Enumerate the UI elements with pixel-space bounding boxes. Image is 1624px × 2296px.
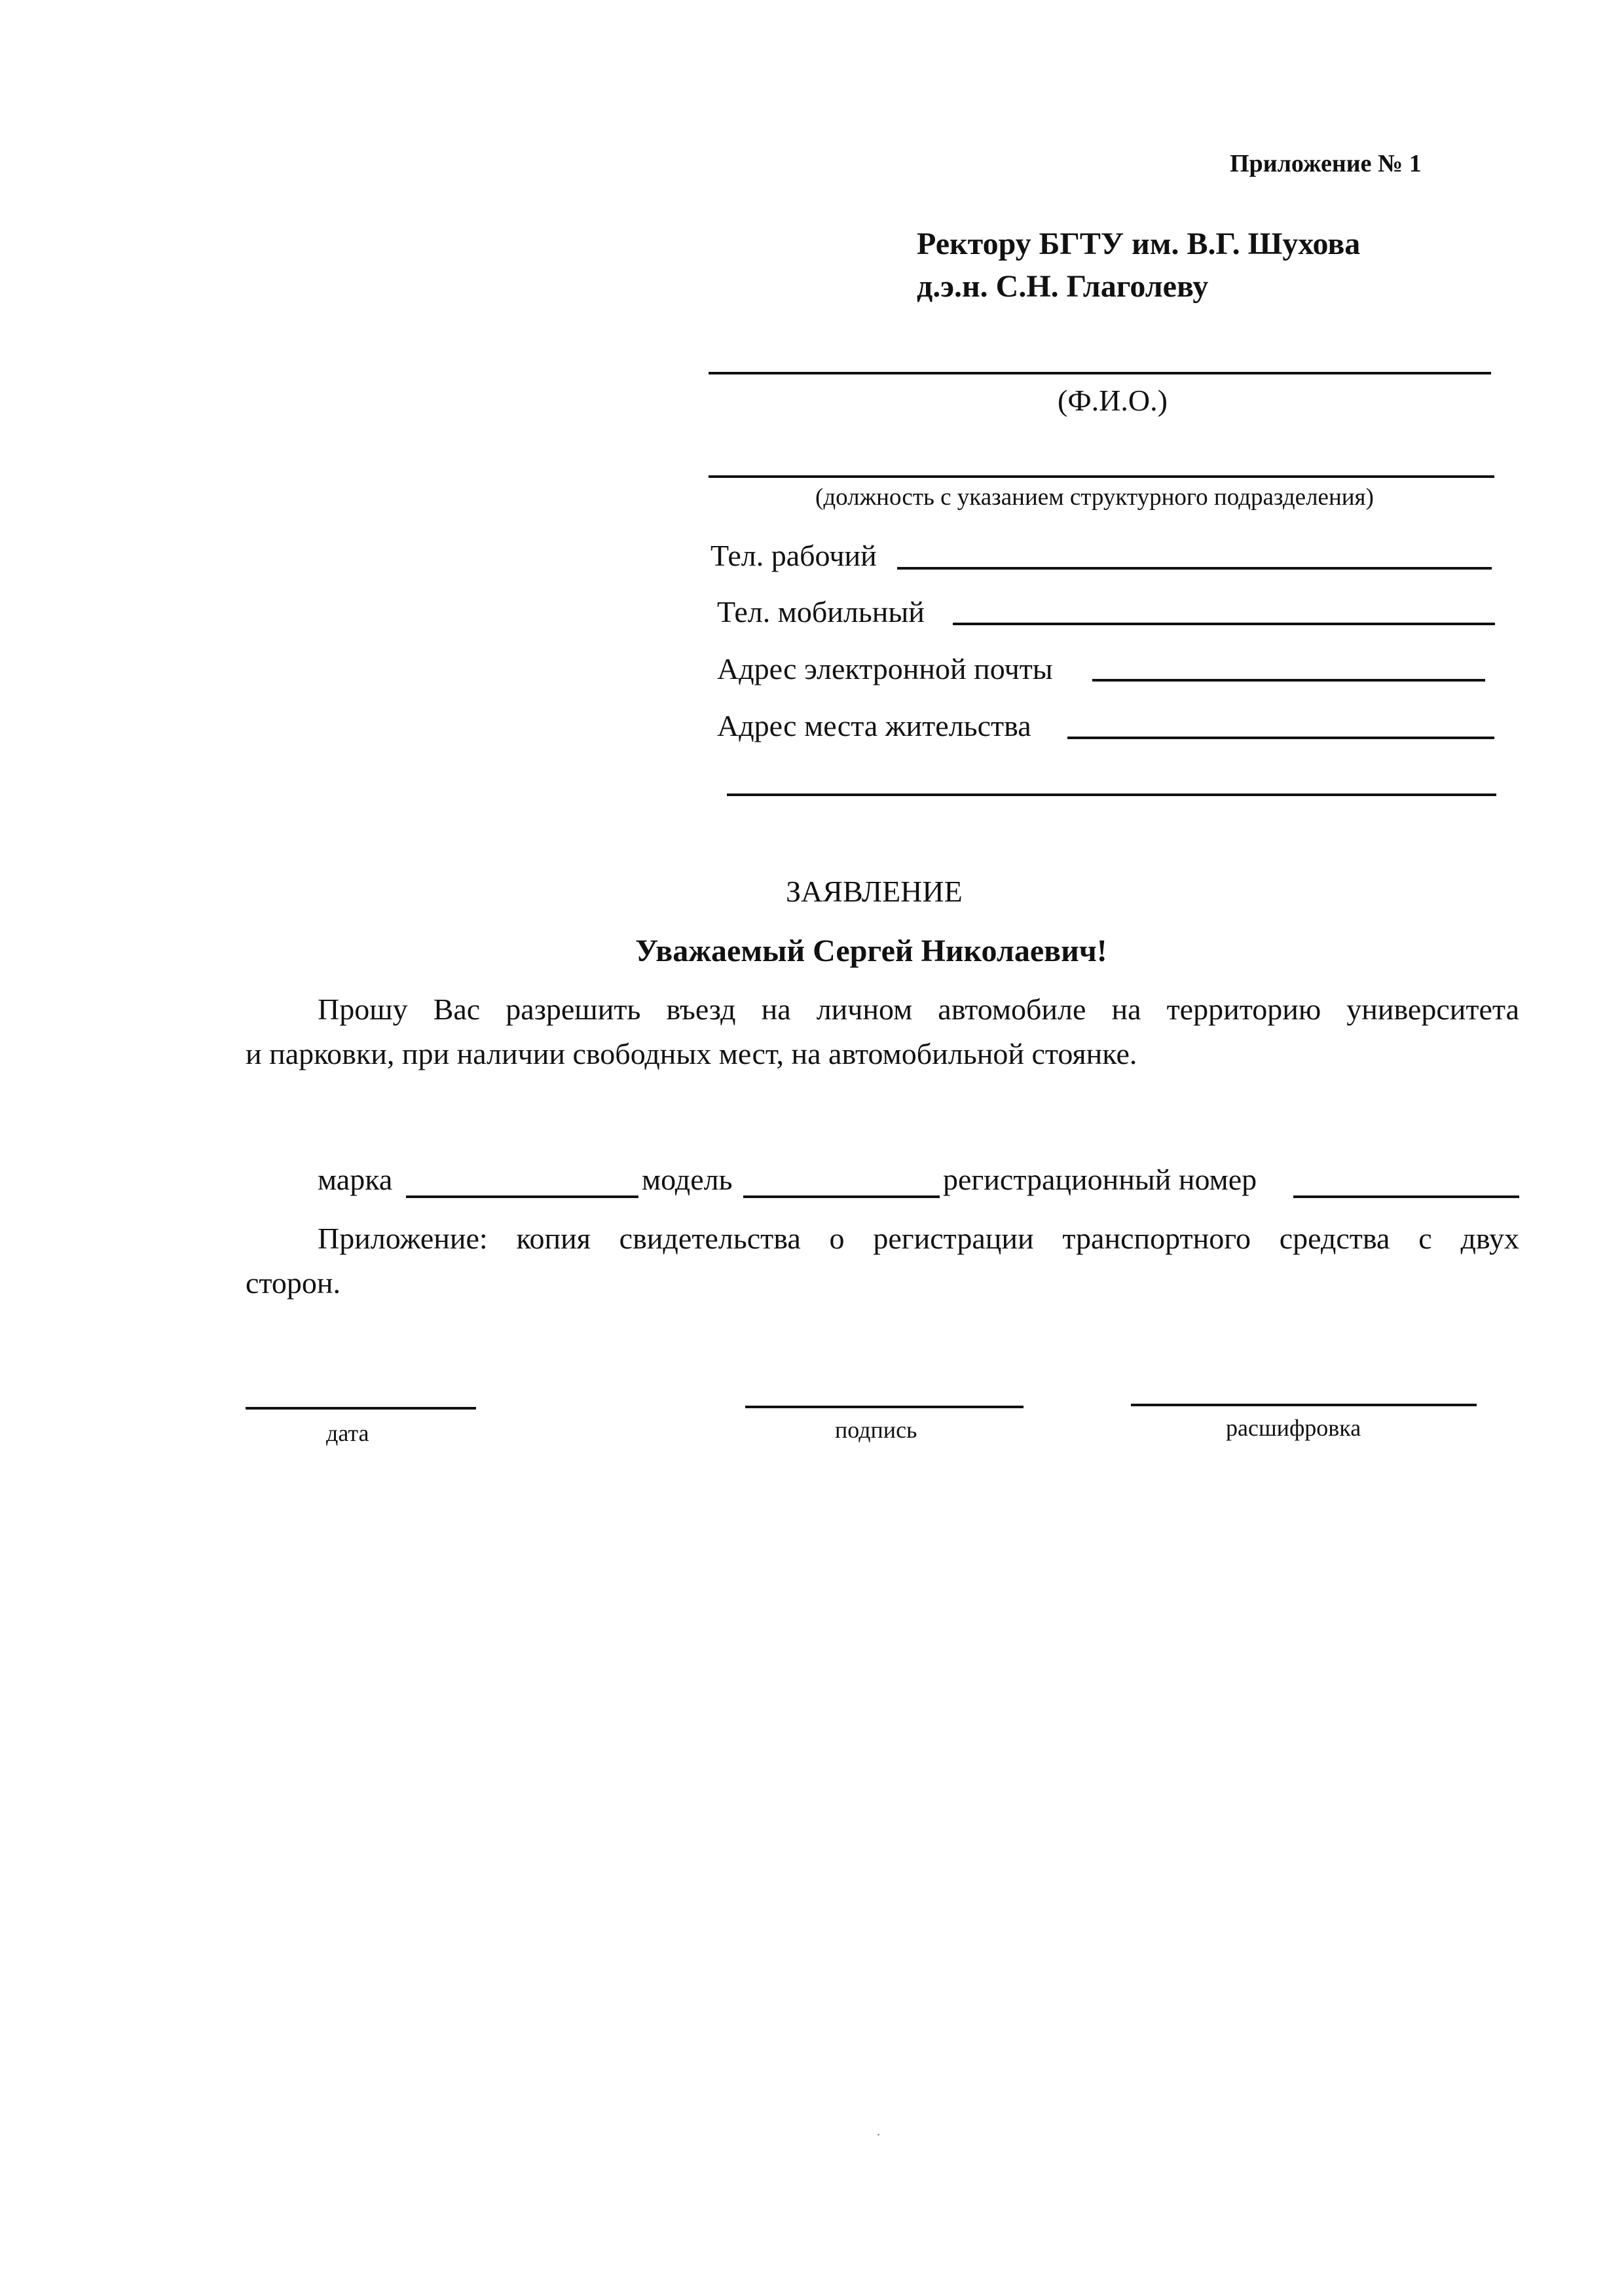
date-input-line[interactable] <box>246 1407 476 1410</box>
model-input-line[interactable] <box>743 1195 940 1198</box>
salutation: Уважаемый Сергей Николаевич! <box>635 933 1107 969</box>
brand-label: марка <box>318 1162 392 1197</box>
position-input-line[interactable] <box>709 475 1494 478</box>
addressee-rector: Ректору БГТУ им. В.Г. Шухова <box>917 226 1360 262</box>
mobile-phone-input-line[interactable] <box>953 623 1495 625</box>
reg-number-label: регистрационный номер <box>943 1162 1257 1197</box>
brand-input-line[interactable] <box>406 1195 638 1198</box>
request-line-2: и парковки, при наличии свободных мест, … <box>246 1032 1519 1076</box>
decoding-caption: расшифровка <box>1226 1414 1361 1442</box>
request-line-1: Прошу Вас разрешить въезд на личном авто… <box>246 987 1519 1032</box>
decoding-input-line[interactable] <box>1131 1404 1477 1406</box>
signature-caption: подпись <box>835 1416 917 1444</box>
position-caption: (должность с указанием структурного подр… <box>815 483 1374 511</box>
date-caption: дата <box>326 1419 369 1447</box>
email-label: Адрес электронной почты <box>717 651 1053 686</box>
attachment-line-2: сторон. <box>246 1261 1519 1305</box>
model-label: модель <box>642 1162 733 1197</box>
reg-number-input-line[interactable] <box>1293 1195 1519 1198</box>
document-title: ЗАЯВЛЕНИЕ <box>786 874 963 909</box>
residence-address-input-line[interactable] <box>1067 737 1494 739</box>
fio-caption: (Ф.И.О.) <box>1058 383 1168 418</box>
fio-input-line[interactable] <box>709 372 1491 374</box>
residence-address-continued-line[interactable] <box>727 793 1496 796</box>
residence-address-label: Адрес места жительства <box>717 708 1031 743</box>
attachment-paragraph: Приложение: копия свидетельства о регист… <box>246 1216 1519 1305</box>
scan-artifact <box>877 2134 879 2136</box>
work-phone-label: Тел. рабочий <box>710 538 877 573</box>
signature-input-line[interactable] <box>745 1406 1024 1408</box>
annex-label: Приложение № 1 <box>1230 149 1422 178</box>
mobile-phone-label: Тел. мобильный <box>717 594 925 629</box>
attachment-line-1: Приложение: копия свидетельства о регист… <box>246 1216 1519 1261</box>
work-phone-input-line[interactable] <box>897 567 1492 570</box>
addressee-name: д.э.н. С.Н. Глаголеву <box>917 268 1208 304</box>
request-paragraph: Прошу Вас разрешить въезд на личном авто… <box>246 987 1519 1076</box>
email-input-line[interactable] <box>1092 679 1485 682</box>
